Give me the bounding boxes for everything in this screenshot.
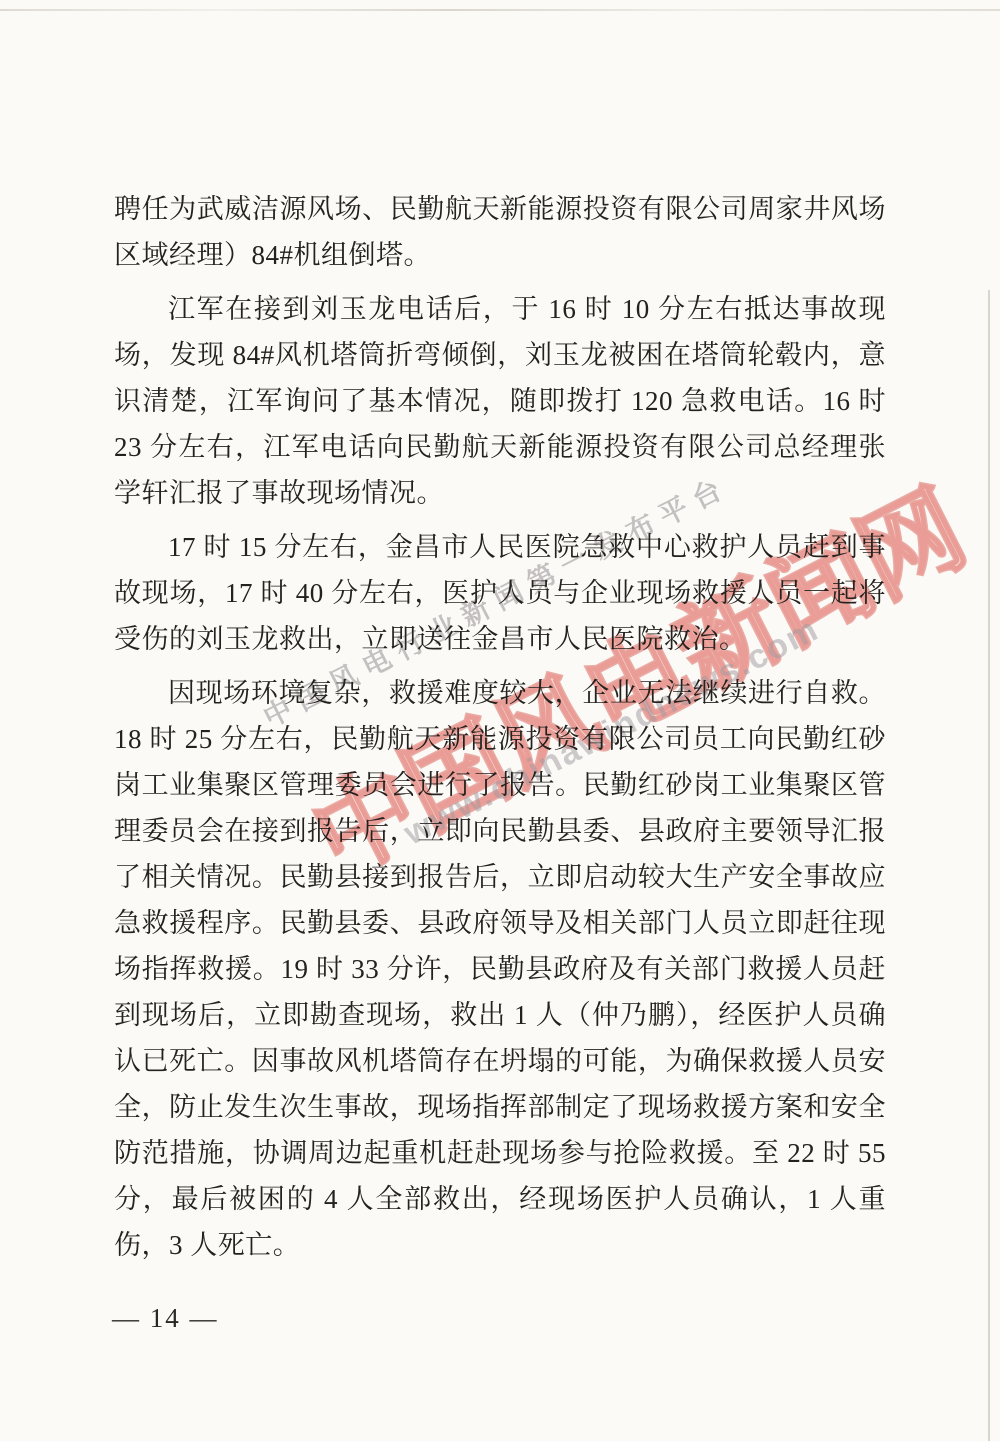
paragraph-4: 因现场环境复杂，救援难度较大，企业无法继续进行自救。18 时 25 分左右，民勤… <box>114 670 886 1268</box>
paragraph-continuation: 聘任为武威洁源风场、民勤航天新能源投资有限公司周家井风场区域经理）84#机组倒塔… <box>114 186 886 278</box>
paragraph-2: 江军在接到刘玉龙电话后，于 16 时 10 分左右抵达事故现场，发现 84#风机… <box>114 286 886 516</box>
scan-edge-top-line <box>0 9 1000 11</box>
page-number: — 14 — <box>112 1303 219 1334</box>
paragraph-3: 17 时 15 分左右，金昌市人民医院急救中心救护人员赶到事故现场，17 时 4… <box>114 524 886 662</box>
scan-edge-right-line <box>988 290 990 1441</box>
body-text: 聘任为武威洁源风场、民勤航天新能源投资有限公司周家井风场区域经理）84#机组倒塔… <box>114 186 886 1268</box>
